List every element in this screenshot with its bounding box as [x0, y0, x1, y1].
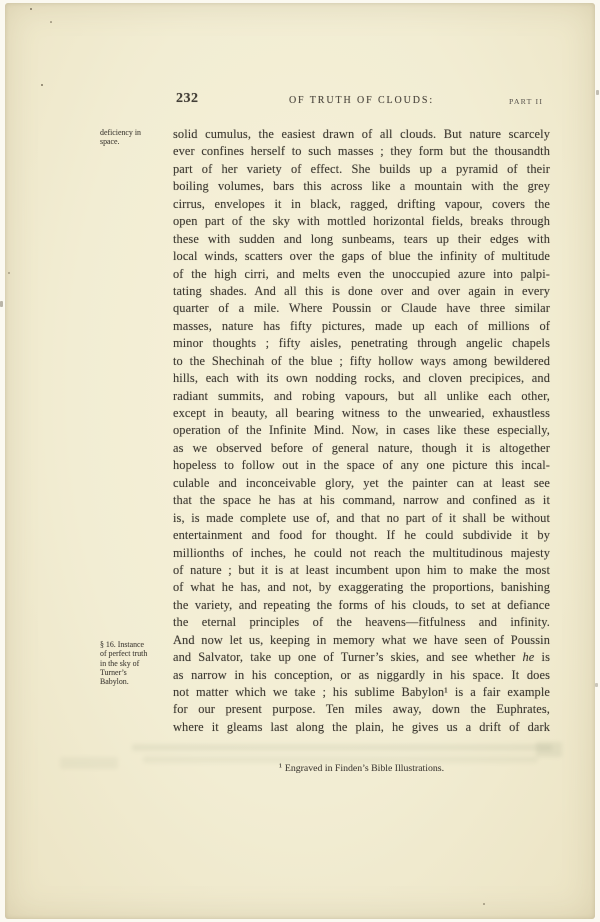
body-text-line: the variety, and repeating the forms of …	[173, 597, 550, 614]
body-text-line: as we observed before of general nature,…	[173, 440, 550, 457]
body-text-line: open part of the sky with mottled horizo…	[173, 213, 550, 230]
body-text-line: part of her variety of effect. She build…	[173, 161, 550, 178]
body-text-line: except in beauty, all bearing witness to…	[173, 405, 550, 422]
margin-note-line: in the sky of	[100, 659, 174, 668]
body-text-line: as narrow in his conception, or as nigga…	[173, 667, 550, 684]
body-text-line: hills, each with its own nodding rocks, …	[173, 370, 550, 387]
body-text-line: that the space he has at his command, na…	[173, 492, 550, 509]
body-text-line: hopeless to follow out in the space of a…	[173, 457, 550, 474]
body-text-line: boiling volumes, bars this across like a…	[173, 178, 550, 195]
margin-note-line: deficiency in	[100, 128, 174, 137]
margin-note-line: § 16. Instance	[100, 640, 174, 649]
margin-note-deficiency: deficiency in space.	[100, 128, 174, 147]
show-through-ghost	[536, 742, 562, 757]
scan-speck	[595, 683, 598, 687]
scan-speck	[8, 272, 10, 274]
body-text-line: culable and inconceivable glory, yet the…	[173, 475, 550, 492]
scanned-book-page: 232 OF TRUTH OF CLOUDS: PART II deficien…	[0, 0, 600, 922]
scan-speck	[50, 21, 52, 23]
body-text-line: of nature ; but it is at least incumbent…	[173, 562, 550, 579]
margin-note-line: Turner’s	[100, 668, 174, 677]
body-text-line: radiant summits, and robing vapours, but…	[173, 388, 550, 405]
body-text-line: operation of the Infinite Mind. Now, in …	[173, 422, 550, 439]
body-text-line: of the high cirri, and melts even the un…	[173, 266, 550, 283]
body-text-line: of what he has, and not, by exaggerating…	[173, 579, 550, 596]
body-text-line: entertainment and food for thought. If h…	[173, 527, 550, 544]
body-text: solid cumulus, the easiest drawn of all …	[173, 126, 550, 736]
running-header: OF TRUTH OF CLOUDS:	[173, 95, 550, 106]
body-text-line: local winds, scatters over the gaps of b…	[173, 248, 550, 265]
body-text-line: the eternal principles of the heavens—fi…	[173, 614, 550, 631]
margin-note-line: of perfect truth	[100, 649, 174, 658]
margin-note-line: space.	[100, 137, 174, 146]
body-text-line: masses, nature has fifty pictures, made …	[173, 318, 550, 335]
body-text-line: these with sudden and long sunbeams, tea…	[173, 231, 550, 248]
body-text-line: ever confines herself to such masses ; t…	[173, 143, 550, 160]
scan-speck	[483, 903, 485, 905]
margin-note-line: Babylon.	[100, 677, 174, 686]
body-text-line: cirrus, envelopes it in black, ragged, d…	[173, 196, 550, 213]
body-text-line: And now let us, keeping in memory what w…	[173, 632, 550, 649]
body-text-line-with-emphasis: and Salvator, take up one of Turner’s sk…	[173, 649, 550, 666]
footnote: ¹Engraved in Finden’s Bible Illustration…	[173, 762, 550, 774]
scan-speck	[596, 90, 599, 95]
show-through-ghost	[132, 744, 552, 751]
scan-speck	[30, 8, 32, 10]
body-text-line: minor thoughts ; fifty aisles, penetrati…	[173, 335, 550, 352]
body-text-line: where it gleams last along the plain, he…	[173, 719, 550, 736]
body-text-segment: is	[534, 650, 550, 664]
body-text-segment: and Salvator, take up one of Turner’s sk…	[173, 650, 523, 664]
body-text-line: for our present purpose. Ten miles away,…	[173, 701, 550, 718]
body-text-line: millionths of inches, he could not reach…	[173, 545, 550, 562]
body-text-line: quarter of a mile. Where Poussin or Clau…	[173, 300, 550, 317]
body-text-line: is, is made complete use of, and that no…	[173, 510, 550, 527]
margin-note-section-16: § 16. Instance of perfect truth in the s…	[100, 640, 174, 686]
body-text-line: solid cumulus, the easiest drawn of all …	[173, 126, 550, 143]
part-label: PART II	[509, 97, 543, 106]
scan-speck	[0, 301, 3, 307]
body-text-line: tating shades. And all this is done over…	[173, 283, 550, 300]
body-text-line: to the Shechinah of the blue ; fifty hol…	[173, 353, 550, 370]
footnote-text: Engraved in Finden’s Bible Illustrations…	[285, 763, 444, 774]
body-text-line: not matter which we take ; his sublime B…	[173, 684, 550, 701]
footnote-marker: ¹	[279, 762, 282, 773]
emphasized-word: he	[523, 650, 535, 664]
show-through-ghost	[143, 756, 538, 763]
show-through-ghost	[60, 757, 118, 769]
